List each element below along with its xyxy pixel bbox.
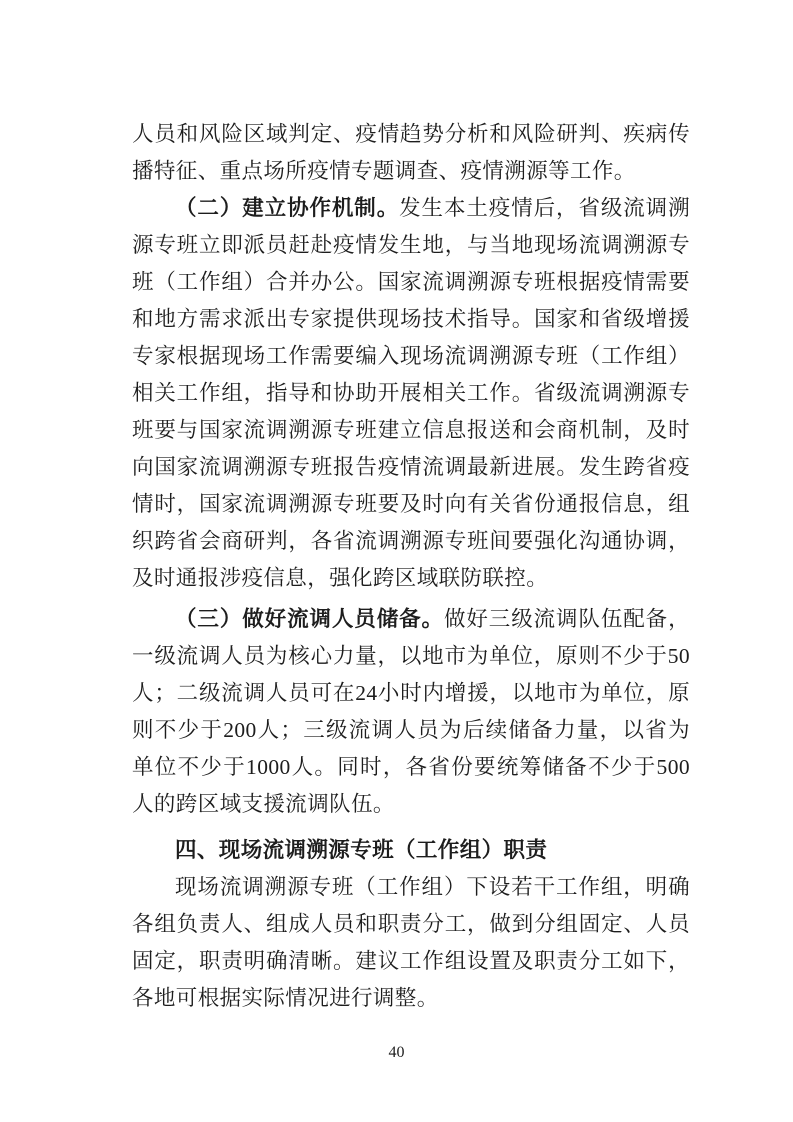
paragraph-section-3: （三）做好流调人员储备。做好三级流调队伍配备，一级流调人员为核心力量，以地市为单… [132, 601, 690, 823]
page-number: 40 [0, 1043, 793, 1063]
paragraph-section-2-body: 发生本土疫情后，省级流调溯源专班立即派员赶赴疫情发生地，与当地现场流调溯源专班（… [132, 196, 690, 590]
paragraph-section-3-body: 做好三级流调队伍配备，一级流调人员为核心力量，以地市为单位，原则不少于50人；二… [132, 607, 690, 816]
paragraph-section-2-lead: （二）建立协作机制。 [175, 196, 399, 220]
paragraph-section-4: 现场流调溯源专班（工作组）下设若干工作组，明确各组负责人、组成人员和职责分工，做… [132, 869, 690, 1017]
section-4-heading: 四、现场流调溯源专班（工作组）职责 [132, 832, 690, 869]
paragraph-section-3-lead: （三）做好流调人员储备。 [175, 607, 444, 631]
paragraph-section-2: （二）建立协作机制。发生本土疫情后，省级流调溯源专班立即派员赶赴疫情发生地，与当… [132, 190, 690, 597]
document-page: 人员和风险区域判定、疫情趋势分析和风险研判、疾病传播特征、重点场所疫情专题调查、… [0, 0, 793, 1122]
paragraph-continuation: 人员和风险区域判定、疫情趋势分析和风险研判、疾病传播特征、重点场所疫情专题调查、… [132, 116, 690, 190]
document-body: 人员和风险区域判定、疫情趋势分析和风险研判、疾病传播特征、重点场所疫情专题调查、… [132, 116, 690, 1017]
